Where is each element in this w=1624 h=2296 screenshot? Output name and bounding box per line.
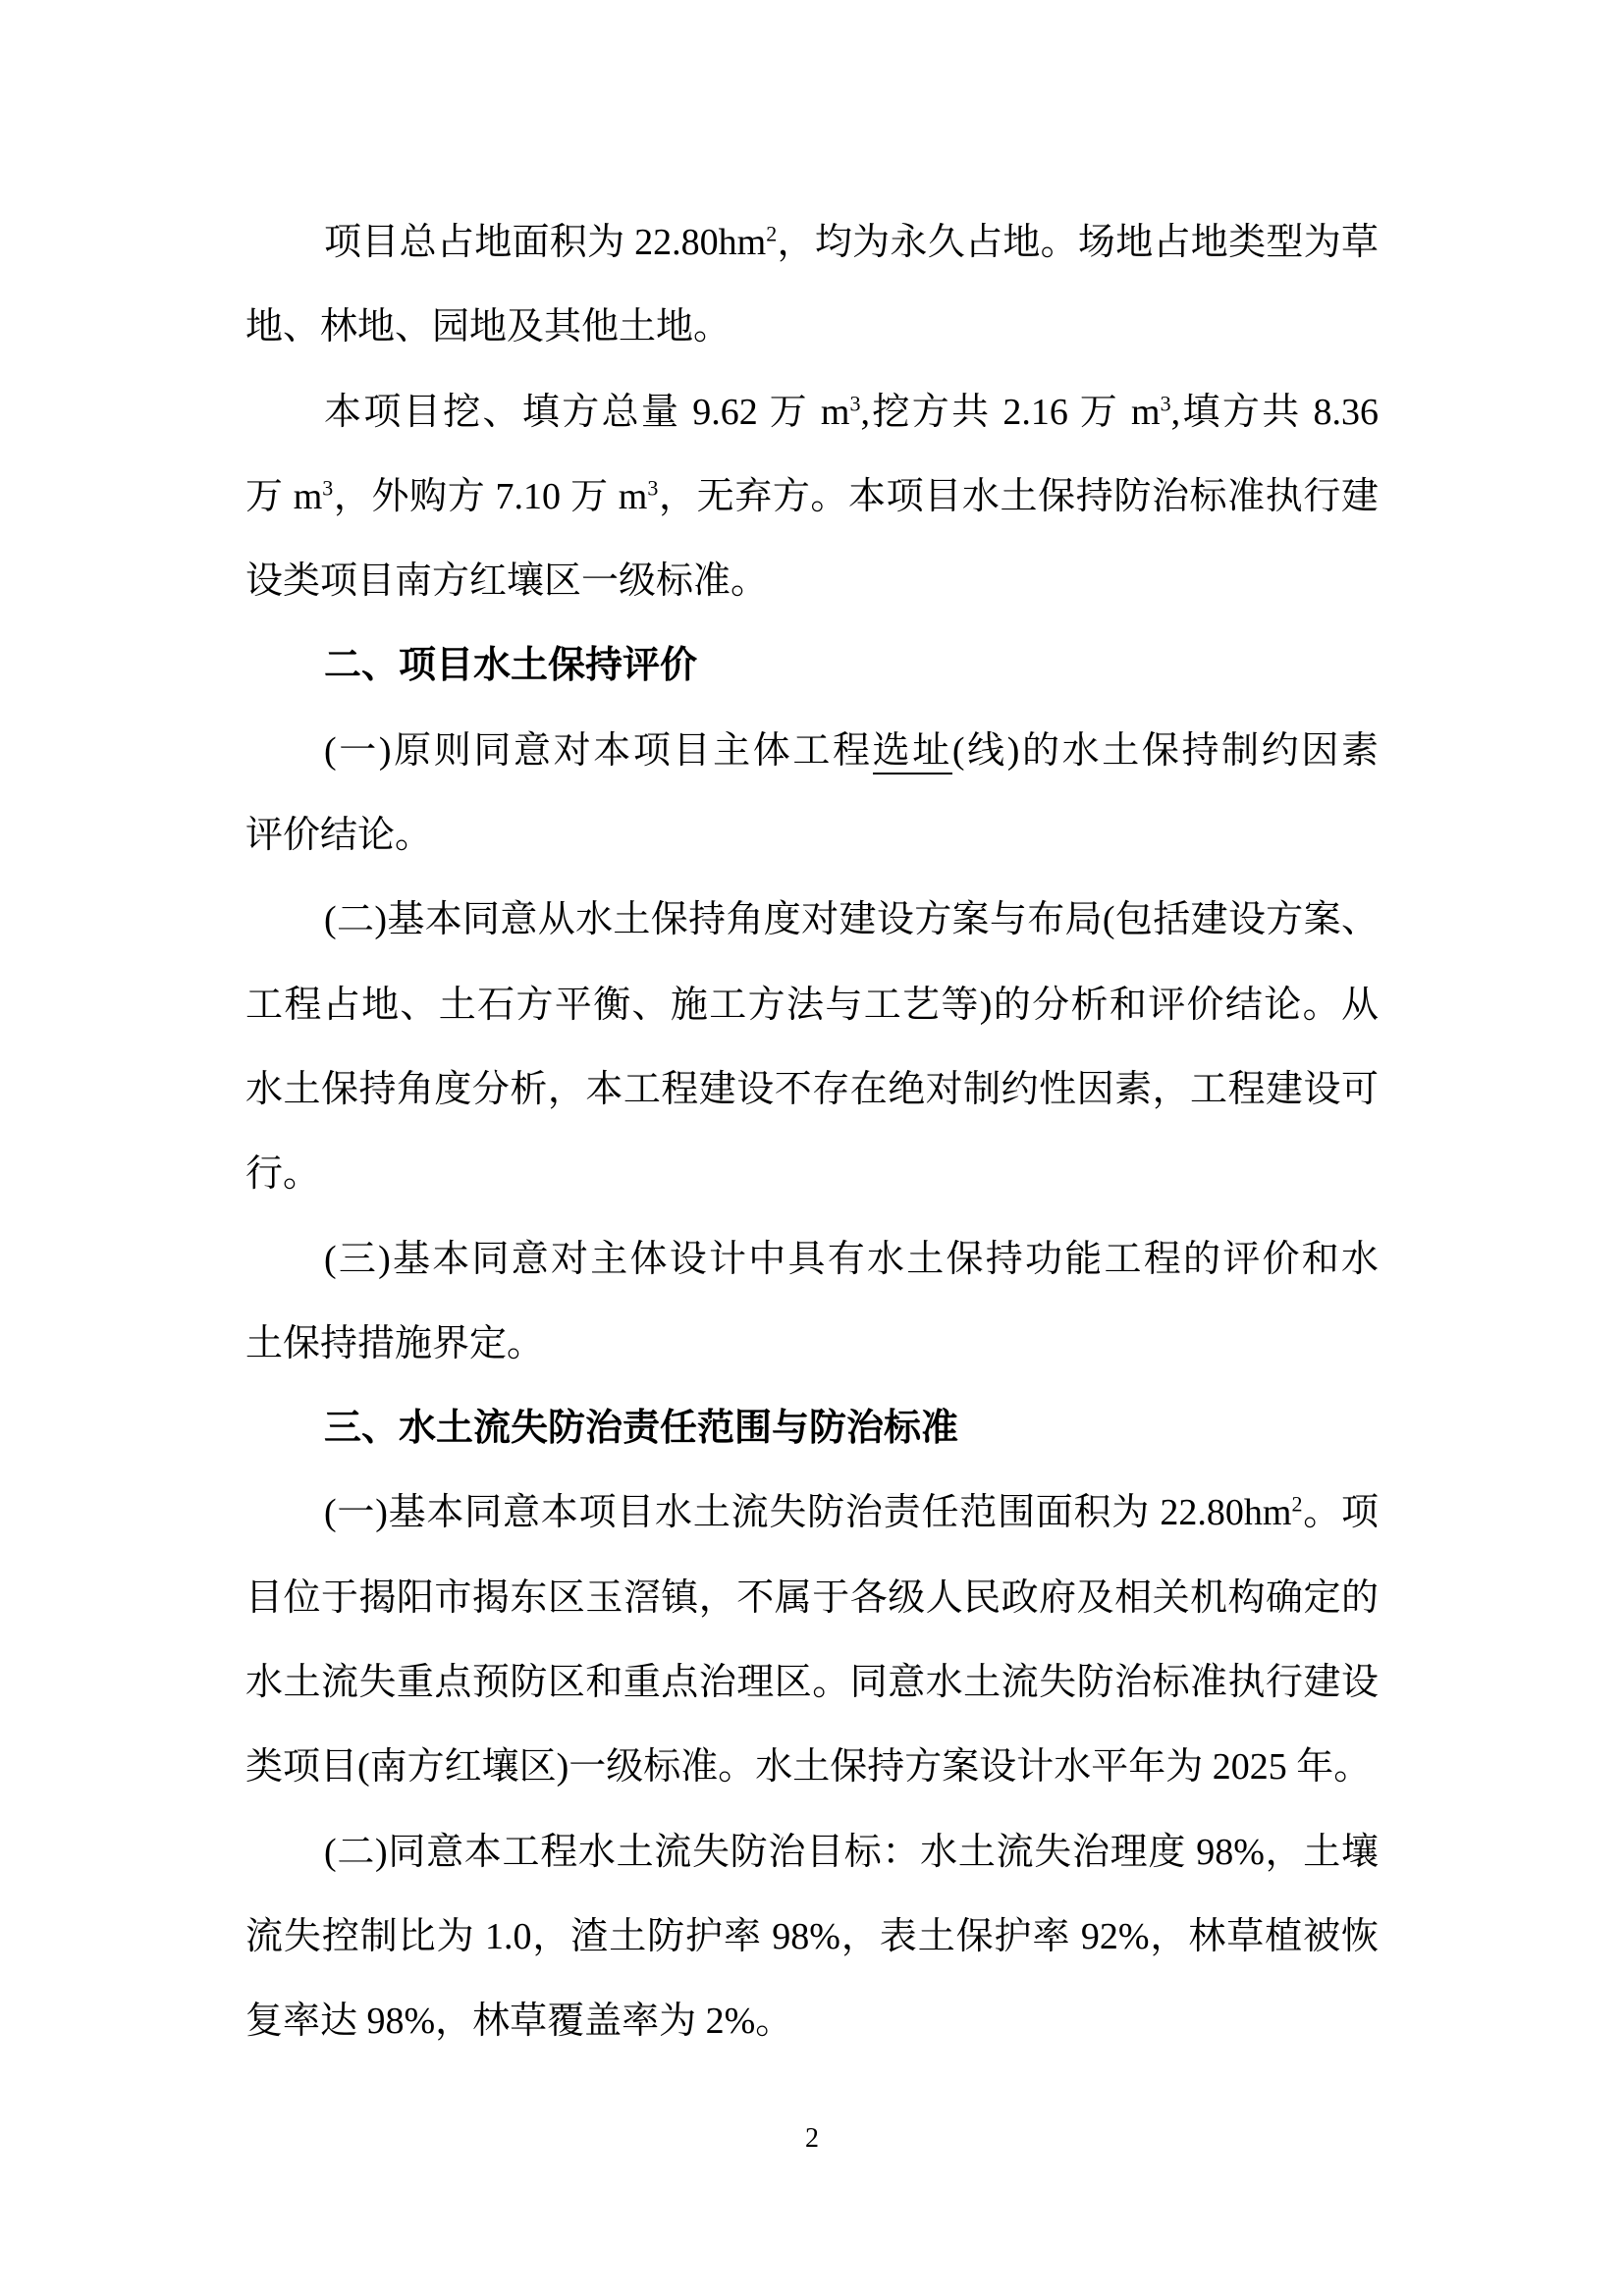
text-run: 项目总占地面积为 22.80hm bbox=[324, 222, 766, 263]
superscript-text: 2 bbox=[766, 221, 777, 245]
text-run: 评价结论。 bbox=[245, 815, 432, 856]
text-run: 类项目(南方红壤区)一级标准。水土保持方案设计水平年为 2025 年。 bbox=[245, 1746, 1371, 1788]
document-page: 项目总占地面积为 22.80hm2，均为永久占地。场地占地类型为草地、林地、园地… bbox=[0, 0, 1624, 2296]
text-run: 。项 bbox=[1302, 1492, 1379, 1533]
text-run: (线)的水土保持制约因素 bbox=[952, 730, 1379, 772]
text-line: (一)基本同意本项目水土流失防治责任范围面积为 22.80hm2。项 bbox=[245, 1470, 1379, 1555]
text-run: 水土流失重点预防区和重点治理区。同意水土流失防治标准执行建设 bbox=[245, 1662, 1379, 1703]
text-line: 水土保持角度分析，本工程建设不存在绝对制约性因素，工程建设可 bbox=[245, 1047, 1379, 1132]
text-line: 地、林地、园地及其他土地。 bbox=[245, 285, 1379, 369]
text-run: 万 m bbox=[245, 476, 322, 517]
text-run: 三、水土流失防治责任范围与防治标准 bbox=[324, 1408, 958, 1449]
section-heading: 三、水土流失防治责任范围与防治标准 bbox=[245, 1386, 1379, 1470]
text-run: 地、林地、园地及其他土地。 bbox=[245, 306, 731, 347]
text-line: 复率达 98%，林草覆盖率为 2%。 bbox=[245, 1979, 1379, 2063]
text-run: 本项目挖、填方总量 9.62 万 m bbox=[324, 392, 850, 433]
text-run: 行。 bbox=[245, 1153, 320, 1195]
text-run: (一)基本同意本项目水土流失防治责任范围面积为 22.80hm bbox=[324, 1492, 1291, 1533]
text-run: 复率达 98%，林草覆盖率为 2%。 bbox=[245, 2001, 792, 2042]
text-run: (二)同意本工程水土流失防治目标：水土流失治理度 98%，土壤 bbox=[324, 1832, 1379, 1873]
text-line: 目位于揭阳市揭东区玉滘镇，不属于各级人民政府及相关机构确定的 bbox=[245, 1556, 1379, 1640]
text-line: 项目总占地面积为 22.80hm2，均为永久占地。场地占地类型为草 bbox=[245, 200, 1379, 285]
text-line: 评价结论。 bbox=[245, 793, 1379, 878]
text-line: 行。 bbox=[245, 1132, 1379, 1216]
text-run: ,挖方共 2.16 万 m bbox=[861, 392, 1161, 433]
superscript-text: 3 bbox=[322, 475, 333, 500]
text-line: 本项目挖、填方总量 9.62 万 m3,挖方共 2.16 万 m3,填方共 8.… bbox=[245, 370, 1379, 454]
text-run: ,填方共 8.36 bbox=[1171, 392, 1379, 433]
text-run: ，无弃方。本项目水土保持防治标准执行建 bbox=[658, 476, 1379, 517]
text-line: (一)原则同意对本项目主体工程选址(线)的水土保持制约因素 bbox=[245, 709, 1379, 793]
text-line: (三)基本同意对主体设计中具有水土保持功能工程的评价和水 bbox=[245, 1217, 1379, 1302]
text-run: ，均为永久占地。场地占地类型为草 bbox=[777, 222, 1379, 263]
superscript-text: 2 bbox=[1291, 1492, 1302, 1517]
text-run: 水土保持角度分析，本工程建设不存在绝对制约性因素，工程建设可 bbox=[245, 1069, 1379, 1110]
text-line: (二)同意本工程水土流失防治目标：水土流失治理度 98%，土壤 bbox=[245, 1810, 1379, 1895]
text-run: (二)基本同意从水土保持角度对建设方案与布局(包括建设方案、 bbox=[324, 899, 1379, 940]
superscript-text: 3 bbox=[1161, 391, 1171, 415]
text-run: 目位于揭阳市揭东区玉滘镇，不属于各级人民政府及相关机构确定的 bbox=[245, 1577, 1379, 1619]
text-line: 流失控制比为 1.0，渣土防护率 98%，表土保护率 92%，林草植被恢 bbox=[245, 1895, 1379, 1979]
underlined-text: 选址 bbox=[873, 730, 952, 774]
text-line: 设类项目南方红壤区一级标准。 bbox=[245, 539, 1379, 623]
text-run: 工程占地、土石方平衡、施工方法与工艺等)的分析和评价结论。从 bbox=[245, 985, 1379, 1026]
text-run: 设类项目南方红壤区一级标准。 bbox=[245, 561, 768, 602]
text-line: 工程占地、土石方平衡、施工方法与工艺等)的分析和评价结论。从 bbox=[245, 963, 1379, 1047]
text-line: 万 m3，外购方 7.10 万 m3，无弃方。本项目水土保持防治标准执行建 bbox=[245, 454, 1379, 539]
text-run: ，外购方 7.10 万 m bbox=[333, 476, 647, 517]
text-line: 水土流失重点预防区和重点治理区。同意水土流失防治标准执行建设 bbox=[245, 1640, 1379, 1725]
text-run: 二、项目水土保持评价 bbox=[324, 645, 697, 686]
superscript-text: 3 bbox=[850, 391, 861, 415]
text-run: 土保持措施界定。 bbox=[245, 1323, 544, 1364]
section-heading: 二、项目水土保持评价 bbox=[245, 623, 1379, 708]
text-line: 类项目(南方红壤区)一级标准。水土保持方案设计水平年为 2025 年。 bbox=[245, 1725, 1379, 1809]
document-body: 项目总占地面积为 22.80hm2，均为永久占地。场地占地类型为草地、林地、园地… bbox=[245, 200, 1379, 2064]
text-line: 土保持措施界定。 bbox=[245, 1302, 1379, 1386]
superscript-text: 3 bbox=[647, 475, 658, 500]
text-run: (三)基本同意对主体设计中具有水土保持功能工程的评价和水 bbox=[324, 1239, 1379, 1280]
text-run: (一)原则同意对本项目主体工程 bbox=[324, 730, 873, 772]
text-run: 流失控制比为 1.0，渣土防护率 98%，表土保护率 92%，林草植被恢 bbox=[245, 1916, 1379, 1957]
page-number: 2 bbox=[0, 2123, 1624, 2155]
text-line: (二)基本同意从水土保持角度对建设方案与布局(包括建设方案、 bbox=[245, 878, 1379, 962]
